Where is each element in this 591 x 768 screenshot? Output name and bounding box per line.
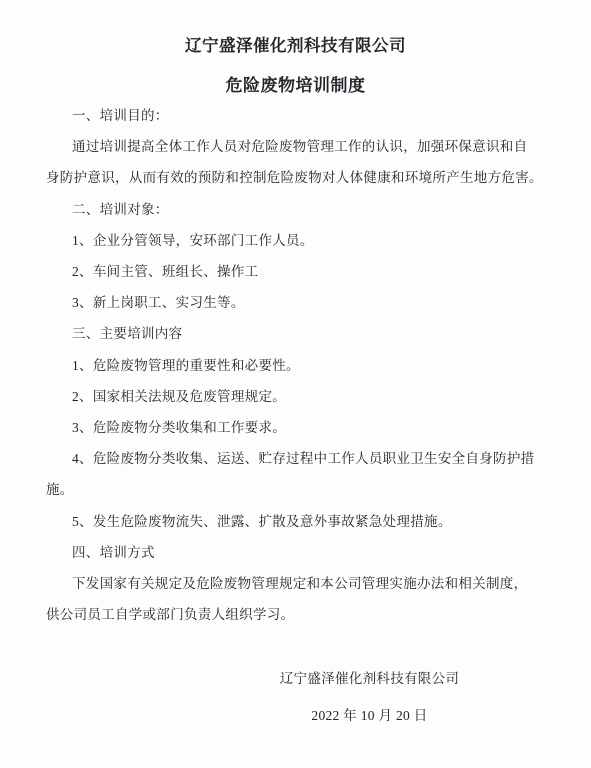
- document-title: 危险废物培训制度: [0, 74, 591, 98]
- scanned-document-page: 辽宁盛泽催化剂科技有限公司 危险废物培训制度 一、培训目的： 通过培训提高全体工…: [0, 0, 591, 768]
- document-body: 一、培训目的： 通过培训提高全体工作人员对危险废物管理工作的认识，加强环保意识和…: [0, 100, 591, 630]
- list-item-audience-1: 1、企业分管领导，安环部门工作人员。: [46, 225, 543, 256]
- list-item-content-2: 2、国家相关法规及危废管理规定。: [46, 381, 543, 412]
- heading-section-4-training-method: 四、培训方式: [46, 537, 543, 568]
- para-purpose-line-1: 通过培训提高全体工作人员对危险废物管理工作的认识，加强环保意识和自: [46, 131, 543, 162]
- list-item-content-5: 5、发生危险废物流失、泄露、扩散及意外事故紧急处理措施。: [46, 506, 543, 537]
- list-item-content-4-line-1: 4、危险废物分类收集、运送、贮存过程中工作人员职业卫生安全自身防护措: [46, 443, 543, 474]
- para-purpose-line-2: 身防护意识，从而有效的预防和控制危险废物对人体健康和环境所产生地方危害。: [46, 162, 543, 193]
- list-item-content-4-line-2: 施。: [46, 474, 543, 505]
- signature-date: 2022 年 10 月 20 日: [74, 705, 591, 727]
- list-item-content-3: 3、危险废物分类收集和工作要求。: [46, 412, 543, 443]
- heading-section-3-training-content: 三、主要培训内容: [46, 318, 543, 349]
- list-item-audience-3: 3、新上岗职工、实习生等。: [46, 287, 543, 318]
- para-method-line-1: 下发国家有关规定及危险废物管理规定和本公司管理实施办法和相关制度，: [46, 568, 543, 599]
- list-item-audience-2: 2、车间主管、班组长、操作工: [46, 256, 543, 287]
- signature-block: 辽宁盛泽催化剂科技有限公司 2022 年 10 月 20 日: [74, 668, 591, 727]
- signature-company: 辽宁盛泽催化剂科技有限公司: [74, 668, 591, 690]
- para-method-line-2: 供公司员工自学或部门负责人组织学习。: [46, 599, 543, 630]
- heading-section-1-training-purpose: 一、培训目的：: [46, 100, 543, 131]
- company-title: 辽宁盛泽催化剂科技有限公司: [0, 34, 591, 58]
- list-item-content-1: 1、危险废物管理的重要性和必要性。: [46, 350, 543, 381]
- heading-section-2-training-audience: 二、培训对象：: [46, 194, 543, 225]
